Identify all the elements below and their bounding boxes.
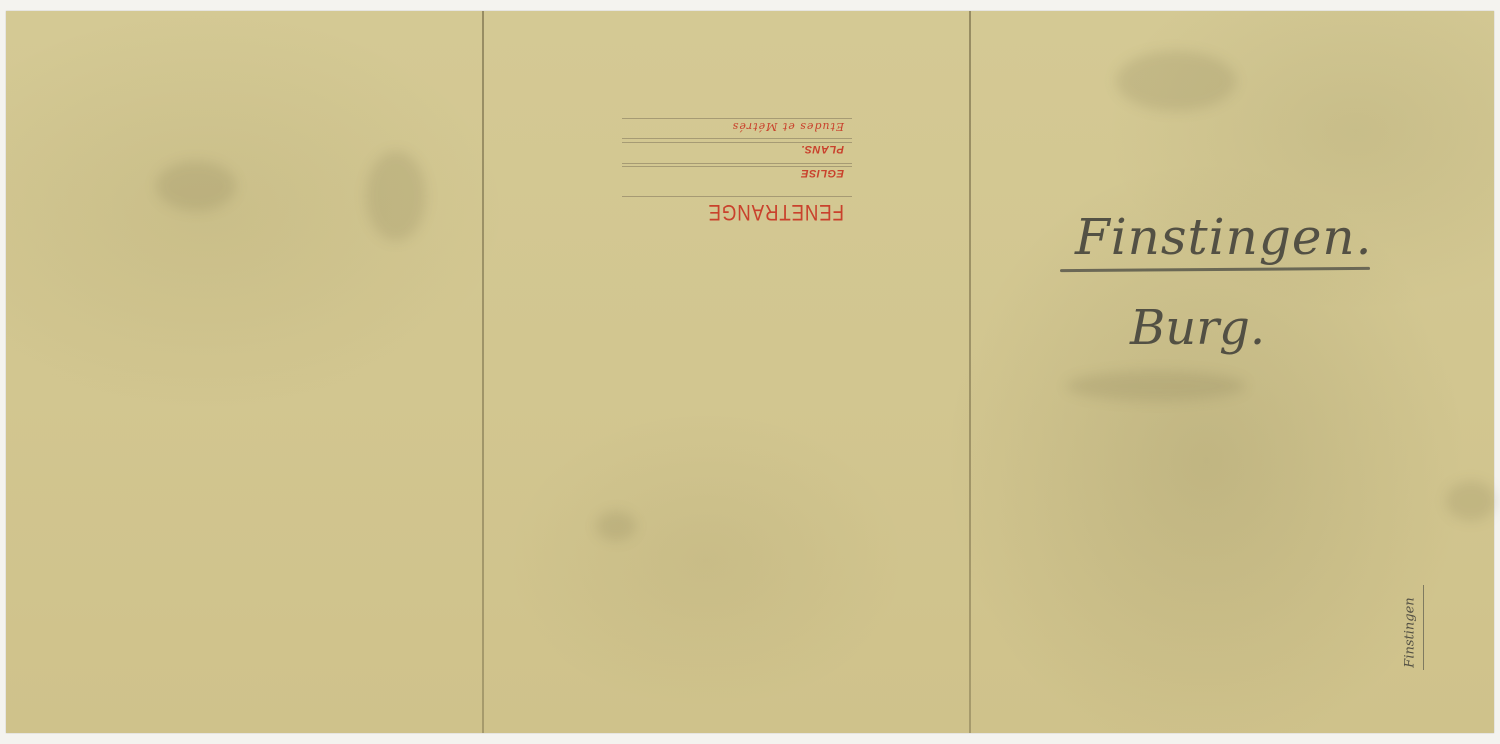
stain [156, 161, 236, 211]
fold-line-left [482, 11, 484, 733]
rule [622, 118, 852, 119]
label-line-2: PLANS. [801, 143, 844, 155]
label-line-1-row: EGLISE [622, 163, 852, 197]
stain [596, 511, 636, 541]
handwritten-subject: Burg. [1130, 300, 1265, 356]
label-title-row: FENETRANGE [622, 197, 852, 227]
label-line-1: EGLISE [801, 167, 844, 179]
stain [1446, 481, 1496, 521]
stain [1116, 51, 1236, 111]
label-line-3-row: Etudes et Métrés [622, 115, 852, 139]
label-line-2-row: PLANS. [622, 139, 852, 163]
label-title: FENETRANGE [708, 199, 844, 225]
rule [622, 142, 852, 143]
handwritten-place: Finstingen. [1075, 208, 1373, 266]
fold-line-right [969, 11, 971, 733]
printed-label-block: FENETRANGE EGLISE PLANS. Etudes et Métré… [622, 92, 852, 227]
stain [366, 151, 426, 241]
label-line-3: Etudes et Métrés [732, 120, 844, 133]
stain [1066, 371, 1246, 401]
handwritten-margin-note: Finstingen [1403, 583, 1418, 683]
margin-note-rule [1423, 585, 1424, 670]
rule [622, 163, 852, 164]
rule [622, 166, 852, 167]
